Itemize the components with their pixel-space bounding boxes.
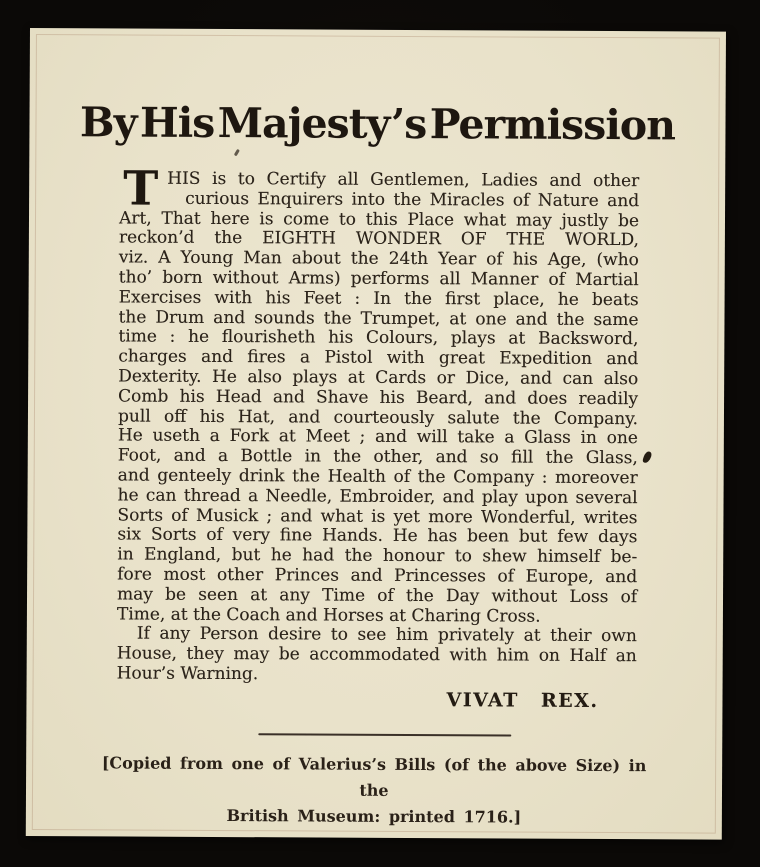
ink-blot (642, 450, 652, 464)
handbill-title: By His Majesty’s Permission (29, 98, 725, 150)
footer-divider-rule (258, 733, 511, 736)
footnote-line-2: British Museum: printed 1716.] (86, 802, 662, 831)
handbill-card: By His Majesty’s Permission T HIS is to … (26, 28, 726, 840)
drop-cap: T (123, 170, 158, 208)
footnote-line-1: [Copied from one of Valerius’s Bills (of… (86, 750, 662, 805)
handbill-body: T HIS is to Certify all Gentlemen, Ladie… (116, 169, 639, 711)
print-speck (234, 149, 240, 157)
footnote: [Copied from one of Valerius’s Bills (of… (86, 750, 662, 831)
scan-background: By His Majesty’s Permission T HIS is to … (0, 0, 760, 867)
body-line: Hour’s Warning. (117, 664, 637, 687)
vivat-rex-line: VIVAT REX. (116, 689, 636, 712)
body-lines: HIS is to Certify all Gentlemen, Ladies … (117, 169, 640, 686)
